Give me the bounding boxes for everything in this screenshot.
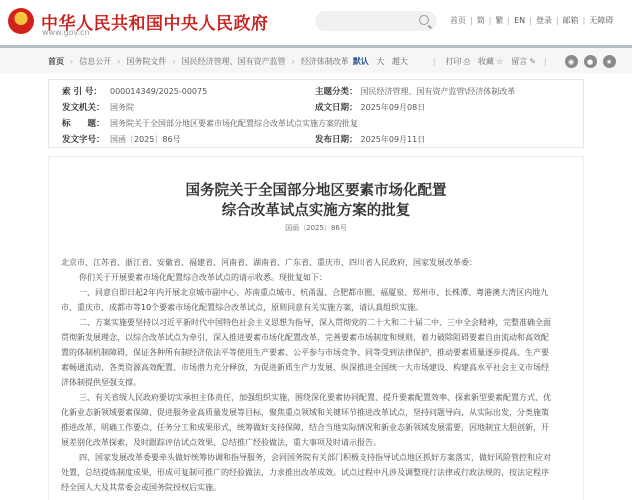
info-row-title: 标 题： 国务院关于全国部分地区要素市场化配置综合改革试点实施方案的批复 bbox=[62, 115, 358, 131]
font-size-switch: 默认 大 超大 bbox=[353, 56, 413, 67]
divider: | bbox=[489, 16, 492, 25]
divider: | bbox=[544, 57, 547, 66]
print-label: 打印 bbox=[446, 56, 462, 67]
article-body: 国务院关于全国部分地区要素市场化配置 综合改革试点实施方案的批复 国函〔2025… bbox=[48, 156, 584, 500]
paragraph: 展差别化改革探索，及时跟踪评估试点效果、总结推广经验做法，重大事项及时请示报告。 bbox=[61, 435, 571, 450]
info-row-published-date: 发布日期： 2025年09月11日 bbox=[315, 131, 425, 147]
paragraph: 化新业态新领域要素保障、促进服务业高质量发展等目标，聚焦重点领域和关键环节推进改… bbox=[61, 405, 571, 420]
paragraph: 一、同意自即日起2年内开展北京城市副中心、苏南重点城市、杭甬温、合肥都市圈、福厦… bbox=[61, 285, 571, 300]
doc-title-line2: 综合改革试点实施方案的批复 bbox=[49, 201, 583, 220]
star-outline-icon: ☆ bbox=[496, 57, 503, 66]
top-links: 首页| 简| 繁| EN| 登录| 邮箱| 无障碍 bbox=[450, 15, 613, 26]
topic-value: 国民经济管理、国有资产监管\经济体制改革 bbox=[361, 86, 516, 97]
paragraph: 二、方案实施要坚持以习近平新时代中国特色社会主义思想为指导，深入贯彻党的二十大和… bbox=[61, 315, 571, 330]
site-header: 中华人民共和国中央人民政府 www.gov.cn 首页| 简| 繁| EN| 登… bbox=[0, 0, 632, 44]
doc-number: 国函〔2025〕86号 bbox=[49, 223, 583, 233]
link-english[interactable]: EN bbox=[514, 16, 525, 25]
breadcrumb-bar: 首页 › 信息公开 › 国务院文件 › 国民经济管理、国有资产监管 › 经济体制… bbox=[0, 45, 632, 73]
title-value: 国务院关于全国部分地区要素市场化配置综合改革试点实施方案的批复 bbox=[110, 118, 358, 129]
printer-icon: ⎙ bbox=[464, 57, 470, 67]
link-simplified[interactable]: 简 bbox=[477, 15, 485, 26]
breadcrumb: 首页 › 信息公开 › 国务院文件 › 国民经济管理、国有资产监管 › 经济体制… bbox=[48, 55, 616, 68]
paragraph: 济体制提供坚强支撑。 bbox=[61, 375, 571, 390]
pencil-icon: ✎ bbox=[529, 57, 536, 66]
paragraph: 四、国家发展改革委要牵头做好统筹协调和指导服务，会同国务院有关部门积极支持指导试… bbox=[61, 450, 571, 465]
chevron-right-icon: › bbox=[172, 57, 175, 66]
topic-label: 主题分类： bbox=[315, 85, 358, 97]
print-button[interactable]: 打印⎙ bbox=[446, 56, 470, 67]
issuer-value: 国务院 bbox=[110, 102, 134, 113]
issuer-label: 发文机关： bbox=[62, 101, 107, 113]
article-text: 北京市、江苏省、浙江省、安徽省、福建省、河南省、湖南省、广东省、重庆市、四川省人… bbox=[61, 255, 571, 495]
paragraph: 置的体制机制障碍，保证各种所有制经济依法平等使用生产要素、公平参与市场竞争、同等… bbox=[61, 345, 571, 360]
paragraph: 素畅通流动、各类资源高效配置、市场潜力充分释放，为促进新质生产力发展、纵深推进全… bbox=[61, 360, 571, 375]
link-accessibility[interactable]: 无障碍 bbox=[589, 15, 613, 26]
info-row-topic: 主题分类： 国民经济管理、国有资产监管\经济体制改革 bbox=[315, 83, 515, 99]
link-traditional[interactable]: 繁 bbox=[495, 15, 503, 26]
title-label: 标 题： bbox=[62, 117, 107, 129]
link-mail[interactable]: 邮箱 bbox=[563, 15, 579, 26]
page-tools: | 打印⎙ 收藏☆ 留言✎ | bbox=[423, 56, 557, 67]
breadcrumb-economic-reform[interactable]: 经济体制改革 bbox=[301, 56, 349, 67]
site-url: www.gov.cn bbox=[42, 28, 90, 37]
divider: | bbox=[470, 16, 473, 25]
comment-label: 留言 bbox=[511, 56, 527, 67]
index-value: 000014349/2025-00075 bbox=[110, 87, 207, 96]
breadcrumb-state-council-docs[interactable]: 国务院文件 bbox=[126, 56, 166, 67]
comment-button[interactable]: 留言✎ bbox=[511, 56, 536, 67]
document-info-table: 索 引 号： 000014349/2025-00075 主题分类： 国民经济管理… bbox=[48, 79, 584, 148]
font-size-xlarge[interactable]: 超大 bbox=[392, 57, 408, 66]
favorite-label: 收藏 bbox=[478, 56, 494, 67]
info-row-written-date: 成文日期： 2025年09月08日 bbox=[315, 99, 425, 115]
paragraph: 处置，总结提炼制度成果，形成可复制可推广的经验做法，力求推出改革成效。试点过程中… bbox=[61, 465, 571, 480]
paragraph: 三、有关省级人民政府要切实承担主体责任，加强组织实施，围绕深化要素协同配置、提升… bbox=[61, 390, 571, 405]
paragraph: 市、重庆市、成都市等10个要素市场化配置综合改革试点，原则同意有关实施方案，请认… bbox=[61, 300, 571, 315]
divider: | bbox=[507, 16, 510, 25]
wechat-icon[interactable]: ● bbox=[584, 55, 597, 68]
breadcrumb-home[interactable]: 首页 bbox=[48, 56, 64, 67]
national-emblem-icon[interactable] bbox=[8, 8, 34, 34]
divider: | bbox=[433, 57, 436, 66]
written-date-value: 2025年09月08日 bbox=[361, 102, 426, 113]
paragraph: 贯彻新发展理念，以综合改革试点为牵引，深入推进要素市场化配置改革，完善要素市场制… bbox=[61, 330, 571, 345]
search-input[interactable] bbox=[315, 11, 437, 31]
divider: | bbox=[583, 16, 586, 25]
published-date-label: 发布日期： bbox=[315, 133, 358, 145]
info-row-issuer: 发文机关： 国务院 bbox=[62, 99, 134, 115]
share-buttons: ◉ ● ★ bbox=[565, 55, 616, 68]
paragraph: 经全国人大及其常委会或国务院授权后实施。 bbox=[61, 480, 571, 495]
weibo-icon[interactable]: ◉ bbox=[565, 55, 578, 68]
doc-title-line1: 国务院关于全国部分地区要素市场化配置 bbox=[49, 181, 583, 200]
breadcrumb-info-public[interactable]: 信息公开 bbox=[79, 56, 111, 67]
search-icon[interactable] bbox=[419, 15, 429, 25]
index-label: 索 引 号： bbox=[62, 85, 107, 97]
chevron-right-icon: › bbox=[70, 57, 73, 66]
link-login[interactable]: 登录 bbox=[536, 15, 552, 26]
info-row-doc-number: 发文字号： 国函〔2025〕86号 bbox=[62, 131, 181, 147]
paragraph: 推进改革，明确工作要点、任务分工和成果形式，统筹做好支持保障，结合当地实际情况和… bbox=[61, 420, 571, 435]
chevron-right-icon: › bbox=[292, 57, 295, 66]
divider: | bbox=[556, 16, 559, 25]
paragraph: 你们关于开展要素市场化配置综合改革试点的请示收悉。现批复如下： bbox=[61, 270, 571, 285]
chevron-right-icon: › bbox=[117, 57, 120, 66]
font-size-large[interactable]: 大 bbox=[376, 57, 384, 66]
qzone-icon[interactable]: ★ bbox=[603, 55, 616, 68]
favorite-button[interactable]: 收藏☆ bbox=[478, 56, 503, 67]
info-row-index: 索 引 号： 000014349/2025-00075 bbox=[62, 83, 207, 99]
paragraph: 北京市、江苏省、浙江省、安徽省、福建省、河南省、湖南省、广东省、重庆市、四川省人… bbox=[61, 255, 571, 270]
font-size-default[interactable]: 默认 bbox=[353, 57, 369, 66]
link-home[interactable]: 首页 bbox=[450, 15, 466, 26]
breadcrumb-economy-management[interactable]: 国民经济管理、国有资产监管 bbox=[182, 56, 286, 67]
doc-number-value: 国函〔2025〕86号 bbox=[110, 134, 181, 145]
divider: | bbox=[529, 16, 532, 25]
doc-number-label: 发文字号： bbox=[62, 133, 107, 145]
published-date-value: 2025年09月11日 bbox=[361, 134, 426, 145]
written-date-label: 成文日期： bbox=[315, 101, 358, 113]
